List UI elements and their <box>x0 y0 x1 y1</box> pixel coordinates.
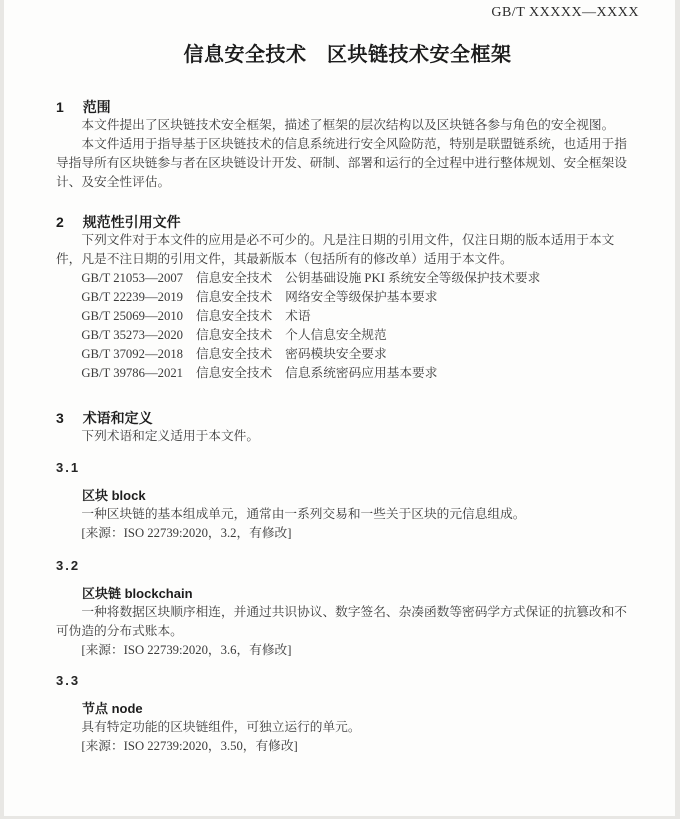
reference-code: GB/T 25069—2010 <box>81 309 183 323</box>
reference-title: 个人信息安全规范 <box>285 328 387 342</box>
section-scope-title: 范围 <box>83 99 111 115</box>
term-entry: 区块 block 一种区块链的基本组成单元，通常由一系列交易和一些关于区块的元信… <box>56 486 639 543</box>
reference-title: 信息系统密码应用基本要求 <box>285 366 437 380</box>
section-references-number: 2 <box>56 214 64 230</box>
scope-paragraph-1: 本文件提出了区块链技术安全框架，描述了框架的层次结构以及区块链各参与角色的安全视… <box>56 116 639 135</box>
reference-title: 术语 <box>285 309 310 323</box>
references-intro: 下列文件对于本文件的应用是必不可少的。凡是注日期的引用文件，仅注日期的版本适用于… <box>56 231 639 269</box>
section-references-heading: 2 规范性引用文件 <box>56 213 639 231</box>
scope-paragraph-2: 本文件适用于指导基于区块链技术的信息系统进行安全风险防范，特别是联盟链系统，也适… <box>56 135 639 192</box>
page-title: 信息安全技术 区块链技术安全框架 <box>56 42 639 69</box>
reference-title: 密码模块安全要求 <box>285 347 387 361</box>
reference-title: 网络安全等级保护基本要求 <box>285 290 437 304</box>
section-scope-number: 1 <box>56 99 64 115</box>
section-terms-title: 术语和定义 <box>83 410 153 426</box>
term-name: 区块 block <box>56 486 639 505</box>
reference-category: 信息安全技术 <box>196 290 272 304</box>
term-entry: 区块链 blockchain 一种将数据区块顺序相连，并通过共识协议、数字签名、… <box>56 584 639 660</box>
term-source: [来源：ISO 22739:2020，3.2，有修改] <box>56 524 639 543</box>
term-number: 3.1 <box>56 459 639 477</box>
reference-item: GB/T 22239—2019信息安全技术网络安全等级保护基本要求 <box>56 288 639 307</box>
term-name: 节点 node <box>56 699 639 718</box>
section-terms-number: 3 <box>56 410 64 426</box>
doc-number: GB/T XXXXX—XXXX <box>56 5 639 21</box>
term-number: 3.2 <box>56 557 639 575</box>
reference-title: 公钥基础设施 PKI 系统安全等级保护技术要求 <box>285 271 540 285</box>
section-terms-heading: 3 术语和定义 <box>56 409 639 427</box>
reference-category: 信息安全技术 <box>196 347 272 361</box>
term-source: [来源：ISO 22739:2020，3.50，有修改] <box>56 737 639 756</box>
reference-code: GB/T 39786—2021 <box>81 366 183 380</box>
reference-category: 信息安全技术 <box>196 328 272 342</box>
term-entry: 节点 node 具有特定功能的区块链组件，可独立运行的单元。 [来源：ISO 2… <box>56 699 639 756</box>
document-page: GB/T XXXXX—XXXX 信息安全技术 区块链技术安全框架 1 范围 本文… <box>4 0 675 816</box>
reference-category: 信息安全技术 <box>196 309 272 323</box>
reference-item: GB/T 25069—2010信息安全技术术语 <box>56 307 639 326</box>
reference-category: 信息安全技术 <box>196 366 272 380</box>
term-definition: 一种将数据区块顺序相连，并通过共识协议、数字签名、杂凑函数等密码学方式保证的抗篡… <box>56 603 639 641</box>
section-scope-heading: 1 范围 <box>56 98 639 116</box>
reference-category: 信息安全技术 <box>196 271 272 285</box>
reference-item: GB/T 35273—2020信息安全技术个人信息安全规范 <box>56 326 639 345</box>
reference-list: GB/T 21053—2007信息安全技术公钥基础设施 PKI 系统安全等级保护… <box>56 269 639 383</box>
term-name: 区块链 blockchain <box>56 584 639 603</box>
reference-code: GB/T 37092—2018 <box>81 347 183 361</box>
reference-code: GB/T 35273—2020 <box>81 328 183 342</box>
term-definition: 一种区块链的基本组成单元，通常由一系列交易和一些关于区块的元信息组成。 <box>56 505 639 524</box>
section-references-title: 规范性引用文件 <box>83 214 181 230</box>
reference-code: GB/T 21053—2007 <box>81 271 183 285</box>
reference-code: GB/T 22239—2019 <box>81 290 183 304</box>
term-number: 3.3 <box>56 672 639 690</box>
reference-item: GB/T 21053—2007信息安全技术公钥基础设施 PKI 系统安全等级保护… <box>56 269 639 288</box>
reference-item: GB/T 37092—2018信息安全技术密码模块安全要求 <box>56 345 639 364</box>
terms-intro: 下列术语和定义适用于本文件。 <box>56 427 639 446</box>
reference-item: GB/T 39786—2021信息安全技术信息系统密码应用基本要求 <box>56 364 639 383</box>
term-definition: 具有特定功能的区块链组件，可独立运行的单元。 <box>56 718 639 737</box>
term-source: [来源：ISO 22739:2020，3.6，有修改] <box>56 641 639 660</box>
